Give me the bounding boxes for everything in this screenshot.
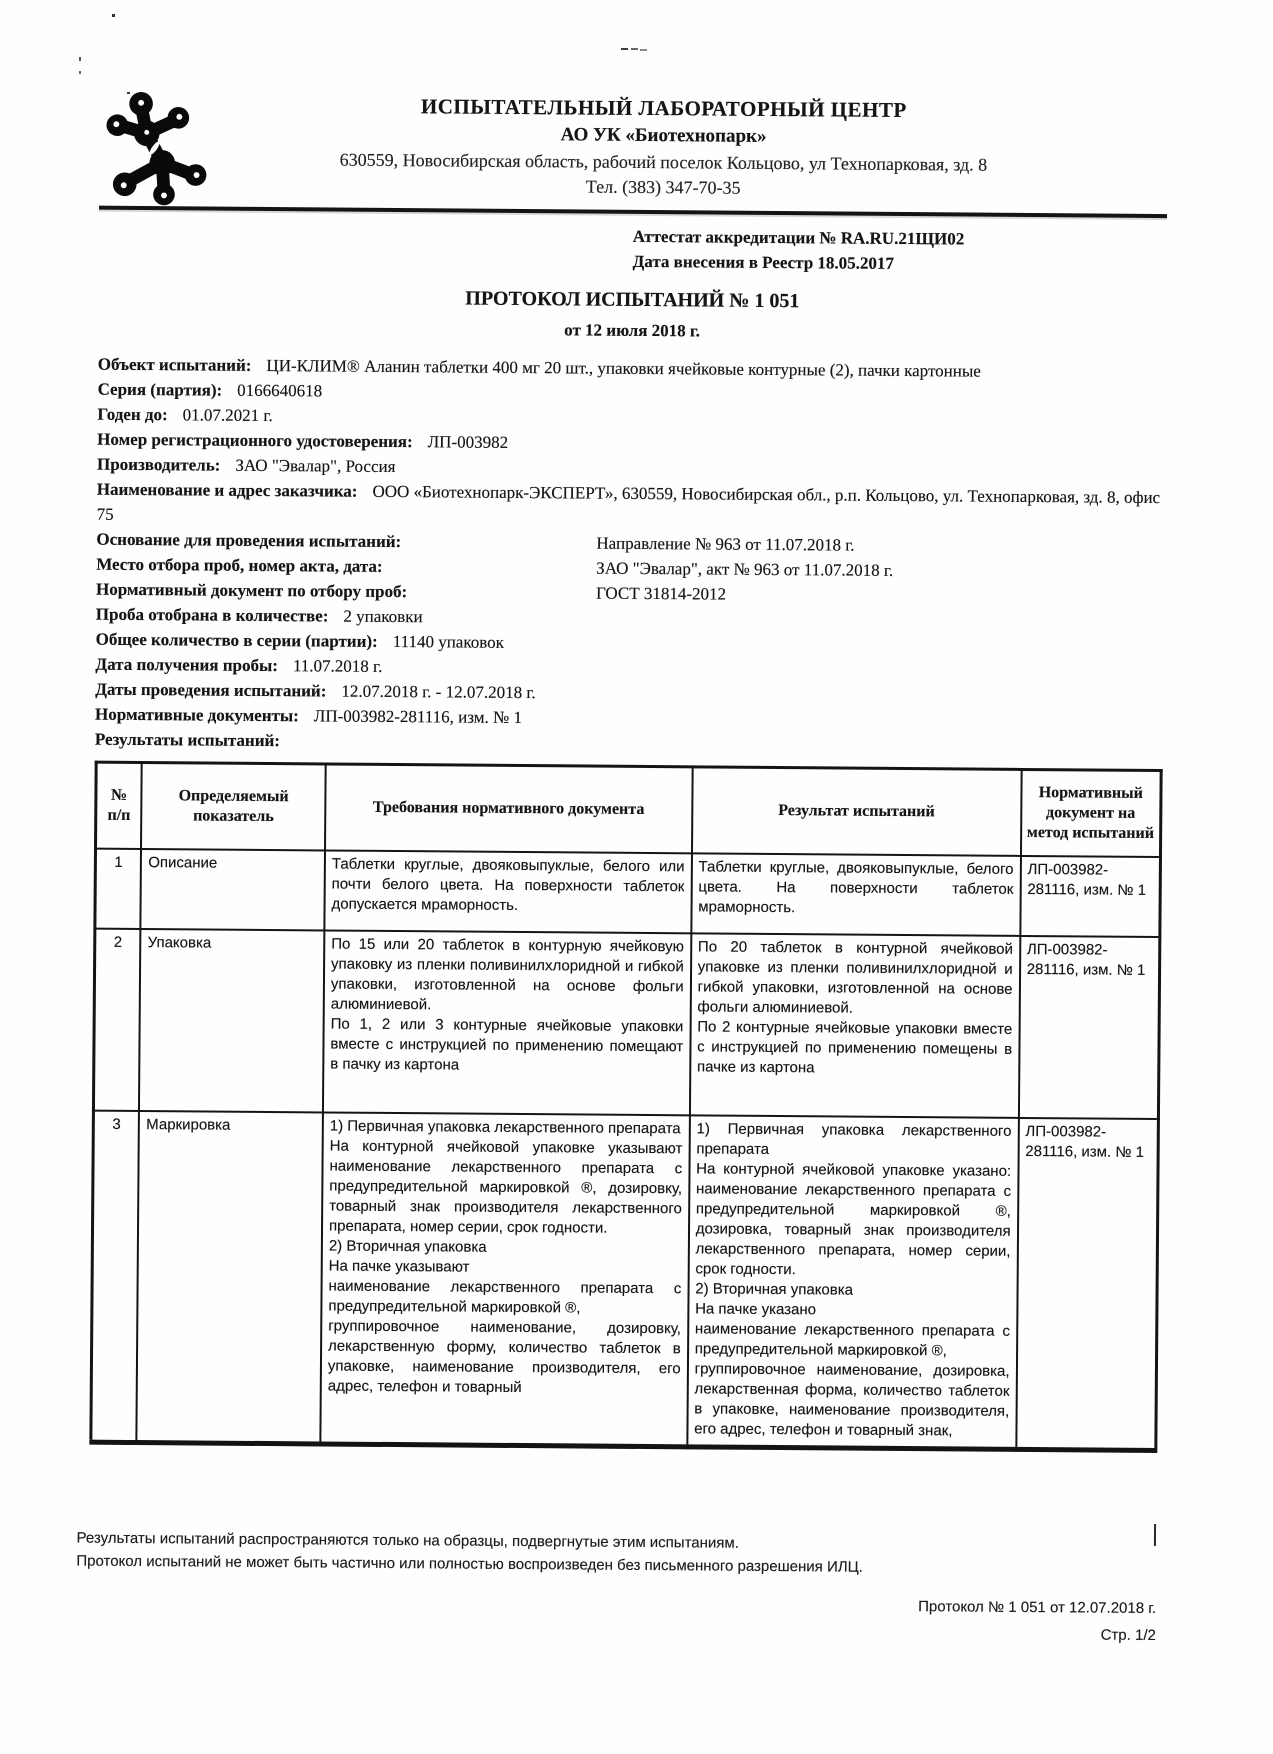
field-label: Даты проведения испытаний: <box>95 680 326 701</box>
document-content: ИСПЫТАТЕЛЬНЫЙ ЛАБОРАТОРНЫЙ ЦЕНТР АО УК «… <box>88 86 1168 1649</box>
col-header-requirement: Требования нормативного документа <box>325 764 692 853</box>
field-value: 11140 упаковок <box>393 632 504 652</box>
field-label: Наименование и адрес заказчика: <box>97 480 358 501</box>
row-indicator: Описание <box>141 849 325 930</box>
row-number: 3 <box>91 1111 139 1443</box>
field-value: 0166640618 <box>237 381 322 401</box>
col-header-norm-doc: Нормативный документ на метод испытаний <box>1021 769 1162 857</box>
field-value: 2 упаковки <box>343 607 422 627</box>
field-label: Производитель: <box>97 455 221 475</box>
field-value: ЛП-003982-281116, изм. № 1 <box>314 706 522 727</box>
field-customer: Наименование и адрес заказчика:ООО «Биот… <box>97 477 1165 535</box>
table-row: 2 Упаковка По 15 или 20 таблеток в конту… <box>93 929 1159 1119</box>
col-header-result: Результат испытаний <box>692 767 1022 856</box>
row-requirement: По 15 или 20 таблеток в контурную ячейко… <box>323 930 691 1115</box>
page-info: Протокол № 1 051 от 12.07.2018 г. Стр. 1… <box>88 1587 1156 1649</box>
field-label: Нормативный документ по отбору проб: <box>96 577 596 606</box>
row-indicator: Упаковка <box>139 929 324 1112</box>
row-requirement: Таблетки круглые, двояковыпуклые, белого… <box>324 850 691 933</box>
field-label: Объект испытаний: <box>98 355 252 375</box>
field-label: Номер регистрационного удостоверения: <box>97 430 413 451</box>
scan-dash-artifact <box>621 48 628 50</box>
field-value: ЛП-003982 <box>428 432 509 452</box>
results-table: № п/п Определяемый показатель Требования… <box>89 761 1162 1453</box>
scan-speck <box>79 71 81 74</box>
header-divider <box>99 206 1167 218</box>
registry-date: Дата внесения в Реестр 18.05.2017 <box>633 249 1167 278</box>
field-label: Нормативные документы: <box>95 705 299 726</box>
letterhead-text: ИСПЫТАТЕЛЬНЫЙ ЛАБОРАТОРНЫЙ ЦЕНТР АО УК «… <box>99 86 1168 204</box>
row-number: 2 <box>93 929 140 1111</box>
field-label: Проба отобрана в количестве: <box>96 605 329 626</box>
protocol-title: ПРОТОКОЛ ИСПЫТАНИЙ № 1 051 <box>98 285 1166 316</box>
field-value: ЗАО "Эвалар", Россия <box>235 456 395 476</box>
field-value: ЦИ-КЛИМ® Аланин таблетки 400 мг 20 шт., … <box>266 356 981 381</box>
field-label: Результаты испытаний: <box>95 730 280 750</box>
field-label: Годен до: <box>97 405 167 425</box>
field-label: Серия (партия): <box>98 380 223 400</box>
row-indicator: Маркировка <box>137 1111 323 1444</box>
row-result: Таблетки круглые, двояковыпуклые, белого… <box>691 853 1021 936</box>
field-label: Основание для проведения испытаний: <box>96 527 596 556</box>
field-value: Направление № 963 от 11.07.2018 г. <box>596 534 854 555</box>
field-label: Дата получения пробы: <box>95 655 278 675</box>
field-label: Место отбора проб, номер акта, дата: <box>96 552 596 581</box>
field-value: 11.07.2018 г. <box>293 656 383 676</box>
field-value: ГОСТ 31814-2012 <box>596 584 726 604</box>
scan-speck <box>112 14 115 17</box>
letterhead: ИСПЫТАТЕЛЬНЫЙ ЛАБОРАТОРНЫЙ ЦЕНТР АО УК «… <box>99 86 1168 208</box>
scan-speck <box>79 57 81 61</box>
footer-notes: Результаты испытаний распространяются то… <box>76 1527 1156 1581</box>
protocol-date: от 12 июля 2018 г. <box>98 317 1166 345</box>
row-norm-doc: ЛП-003982-281116, изм. № 1 <box>1019 936 1160 1119</box>
accreditation-block: Аттестат аккредитации № RA.RU.21ЩИ02 Дат… <box>99 220 1167 278</box>
table-row: 3 Маркировка 1) Первичная упаковка лекар… <box>91 1111 1159 1451</box>
row-result: 1) Первичная упаковка лекарственного пре… <box>687 1115 1019 1449</box>
row-requirement: 1) Первичная упаковка лекарственного пре… <box>320 1112 689 1446</box>
table-header-row: № п/п Определяемый показатель Требования… <box>96 762 1162 857</box>
field-label: Общее количество в серии (партии): <box>96 630 378 651</box>
scanned-test-protocol-page: ИСПЫТАТЕЛЬНЫЙ ЛАБОРАТОРНЫЙ ЦЕНТР АО УК «… <box>0 0 1273 1754</box>
row-norm-doc: ЛП-003982-281116, изм. № 1 <box>1016 1118 1158 1451</box>
row-result: По 20 таблеток в контурной ячейковой упа… <box>690 933 1020 1118</box>
protocol-fields: Объект испытаний:ЦИ-КЛИМ® Аланин таблетк… <box>95 352 1166 760</box>
row-number: 1 <box>95 849 142 929</box>
field-value: 12.07.2018 г. - 12.07.2018 г. <box>341 682 535 703</box>
field-value: ЗАО "Эвалар", акт № 963 от 11.07.2018 г. <box>596 559 893 580</box>
biotechnopark-molecule-logo-icon <box>95 88 214 211</box>
col-header-number: № п/п <box>96 762 143 849</box>
table-row: 1 Описание Таблетки круглые, двояковыпук… <box>95 849 1161 937</box>
row-norm-doc: ЛП-003982-281116, изм. № 1 <box>1020 856 1160 937</box>
field-value: 01.07.2021 г. <box>183 405 273 425</box>
col-header-indicator: Определяемый показатель <box>141 763 325 851</box>
